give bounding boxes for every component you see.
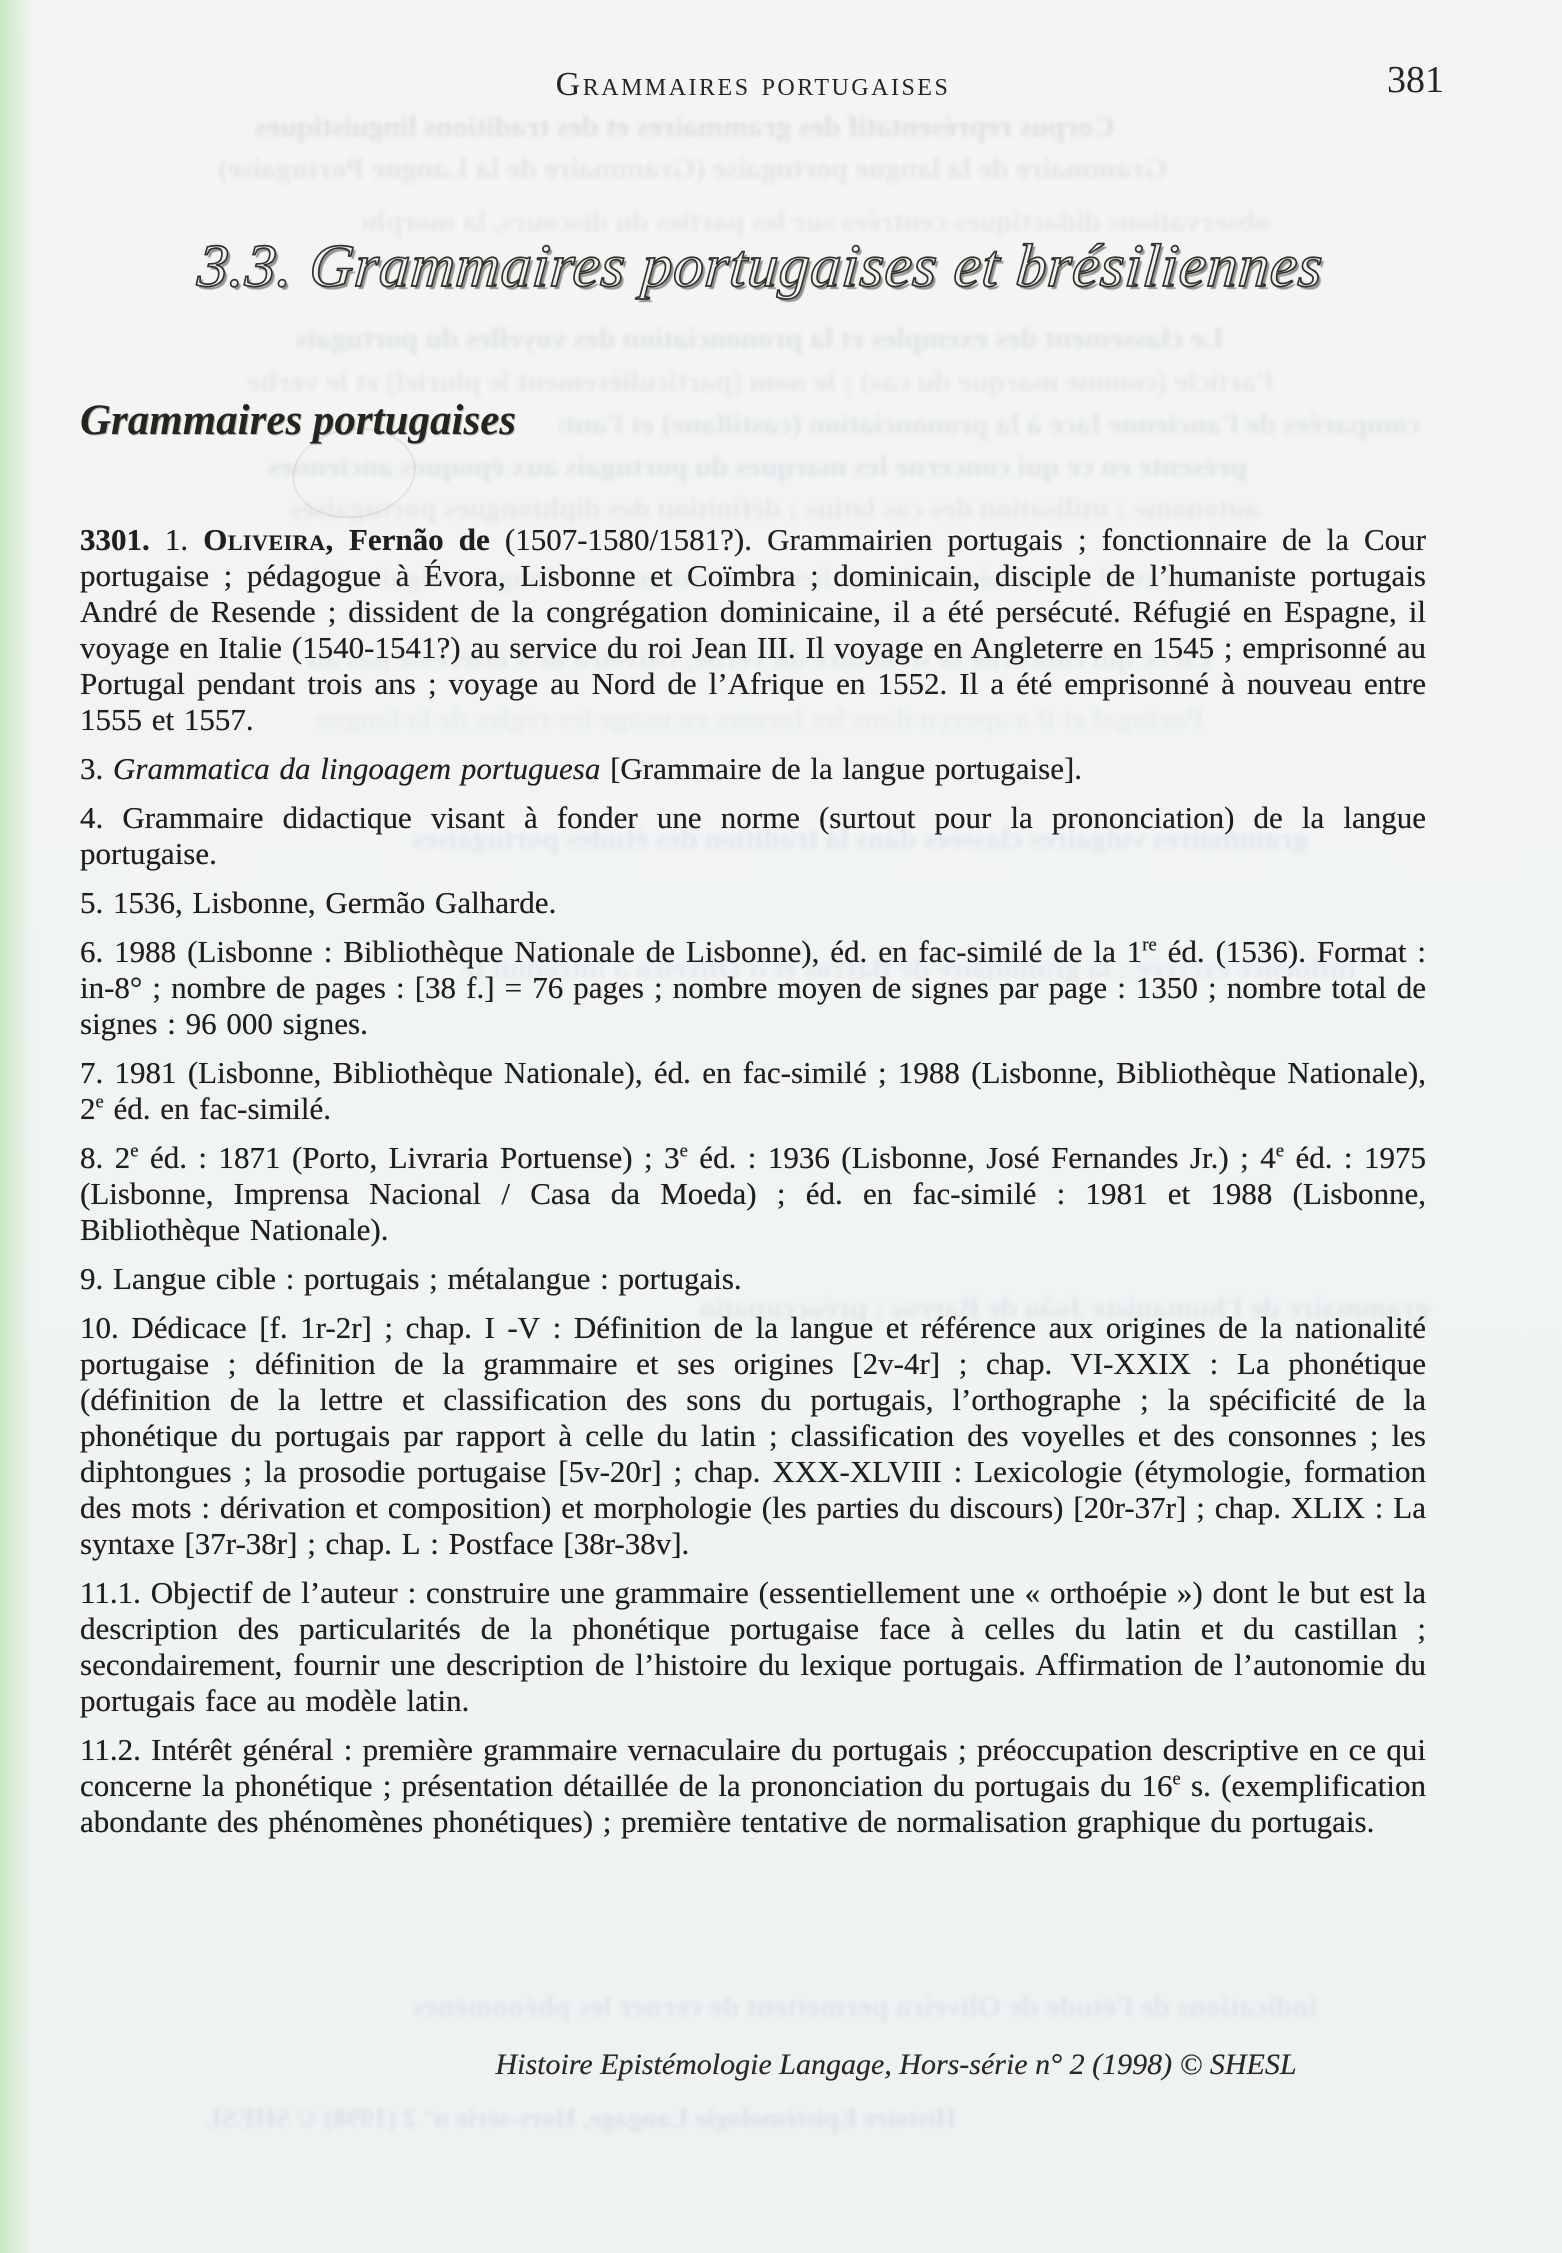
scanned-page: Corpus représentatif des grammaires et d…	[0, 0, 1562, 2253]
bleed-through-text: indications de l'étude de Oliveira perme…	[300, 1990, 1430, 2024]
bleed-through-text: Corpus représentatif des grammaires et d…	[130, 110, 1240, 144]
bleed-through-text: Histoire Epistémologie Langage, Hors-sér…	[120, 2103, 1040, 2134]
scan-edge-strip	[0, 0, 34, 2253]
bibliography-entry-text: 3301. 1. Oliveira, Fernão de (1507-1580/…	[80, 522, 1426, 1853]
entry-item-11-1-objective: 11.1. Objectif de l’auteur : construire …	[80, 1575, 1426, 1719]
entry-item-4-description: 4. Grammaire didactique visant à fonder …	[80, 800, 1426, 872]
entry-item-11-2-interest: 11.2. Intérêt général : première grammai…	[80, 1732, 1426, 1840]
entry-item-8-other-editions: 8. 2e éd. : 1871 (Porto, Livraria Portue…	[80, 1140, 1426, 1248]
entry-item-5-first-edition: 5. 1536, Lisbonne, Germão Galharde.	[80, 885, 1426, 921]
entry-item-7-editions-used: 7. 1981 (Lisbonne, Bibliothèque National…	[80, 1055, 1426, 1127]
section-title: 3.3. Grammaires portugaises et brésilien…	[195, 232, 1381, 302]
running-head-title: Grammaires portugaises	[80, 66, 1426, 104]
entry-3301-author-biography: 3301. 1. Oliveira, Fernão de (1507-1580/…	[80, 522, 1426, 738]
entry-item-3-title: 3. Grammatica da lingoagem portuguesa [G…	[80, 751, 1426, 787]
entry-item-6-facsimile: 6. 1988 (Lisbonne : Bibliothèque Nationa…	[80, 934, 1426, 1042]
page-number: 381	[1387, 58, 1444, 102]
entry-item-10-contents: 10. Dédicace [f. 1r-2r] ; chap. I -V : D…	[80, 1310, 1426, 1562]
subsection-heading: Grammaires portugaises	[80, 396, 516, 445]
bleed-through-text: présente en ce qui concerne les marques …	[95, 450, 1420, 484]
bleed-through-text: autonome ; utilisation des cas latins ; …	[130, 492, 1420, 526]
journal-footer: Histoire Epistémologie Langage, Hors-sér…	[0, 2048, 1562, 2082]
bleed-through-text: Grammaire de la langue portugaise (Gramm…	[150, 152, 1235, 186]
entry-item-9-languages: 9. Langue cible : portugais ; métalangue…	[80, 1261, 1426, 1297]
bleed-through-text: l'article (comme marque du cas) ; le nom…	[95, 365, 1425, 399]
bleed-through-text: Le classement des exemples et la prononc…	[95, 322, 1425, 356]
bleed-through-text: comparées de l'ancienne face à la pronon…	[560, 408, 1420, 442]
